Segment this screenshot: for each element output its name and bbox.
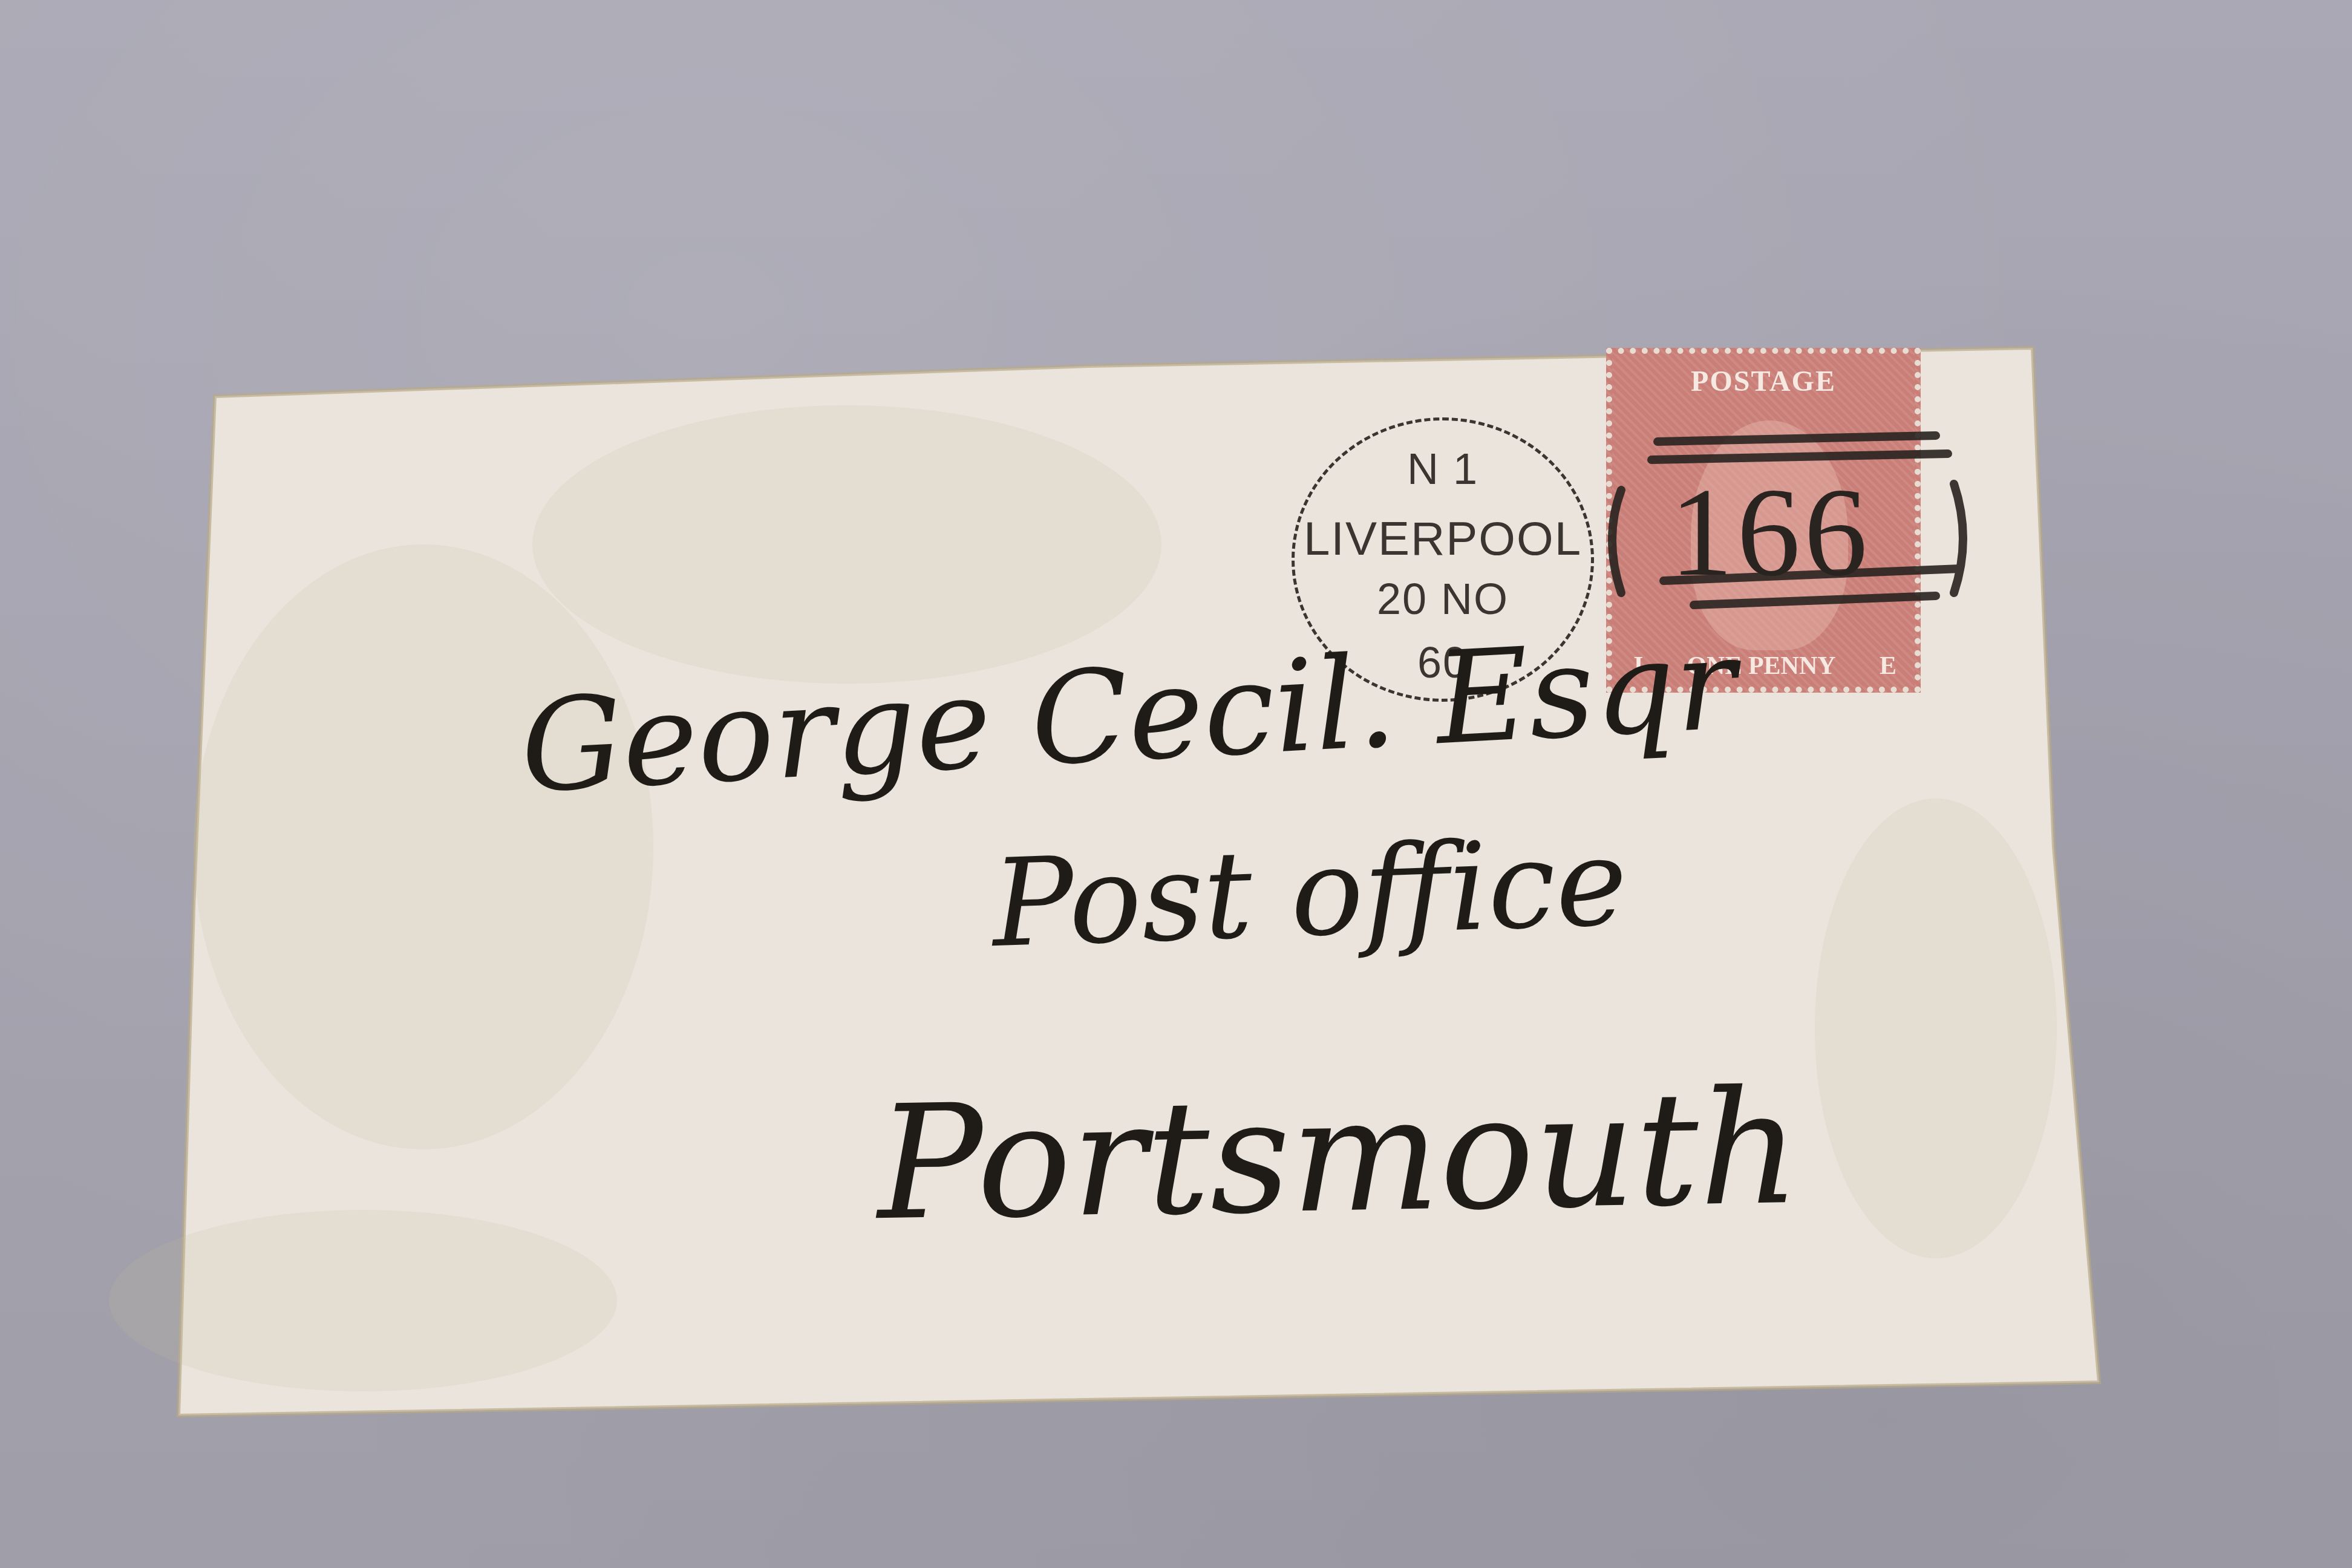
obliterator-number: 166 (1670, 460, 1871, 606)
address-line-3: Portsmouth (875, 1057, 1802, 1256)
numeral-obliterator: 166 (1597, 417, 1972, 623)
postmark-code: N 1 (1295, 445, 1591, 494)
postmark-city: LIVERPOOL (1295, 511, 1591, 566)
stamp-top-label: POSTAGE (1612, 365, 1915, 398)
address-line-2: Post office (990, 812, 1629, 975)
stamp-corner-right: E (1880, 652, 1896, 681)
postmark-date: 20 NO (1295, 575, 1591, 624)
